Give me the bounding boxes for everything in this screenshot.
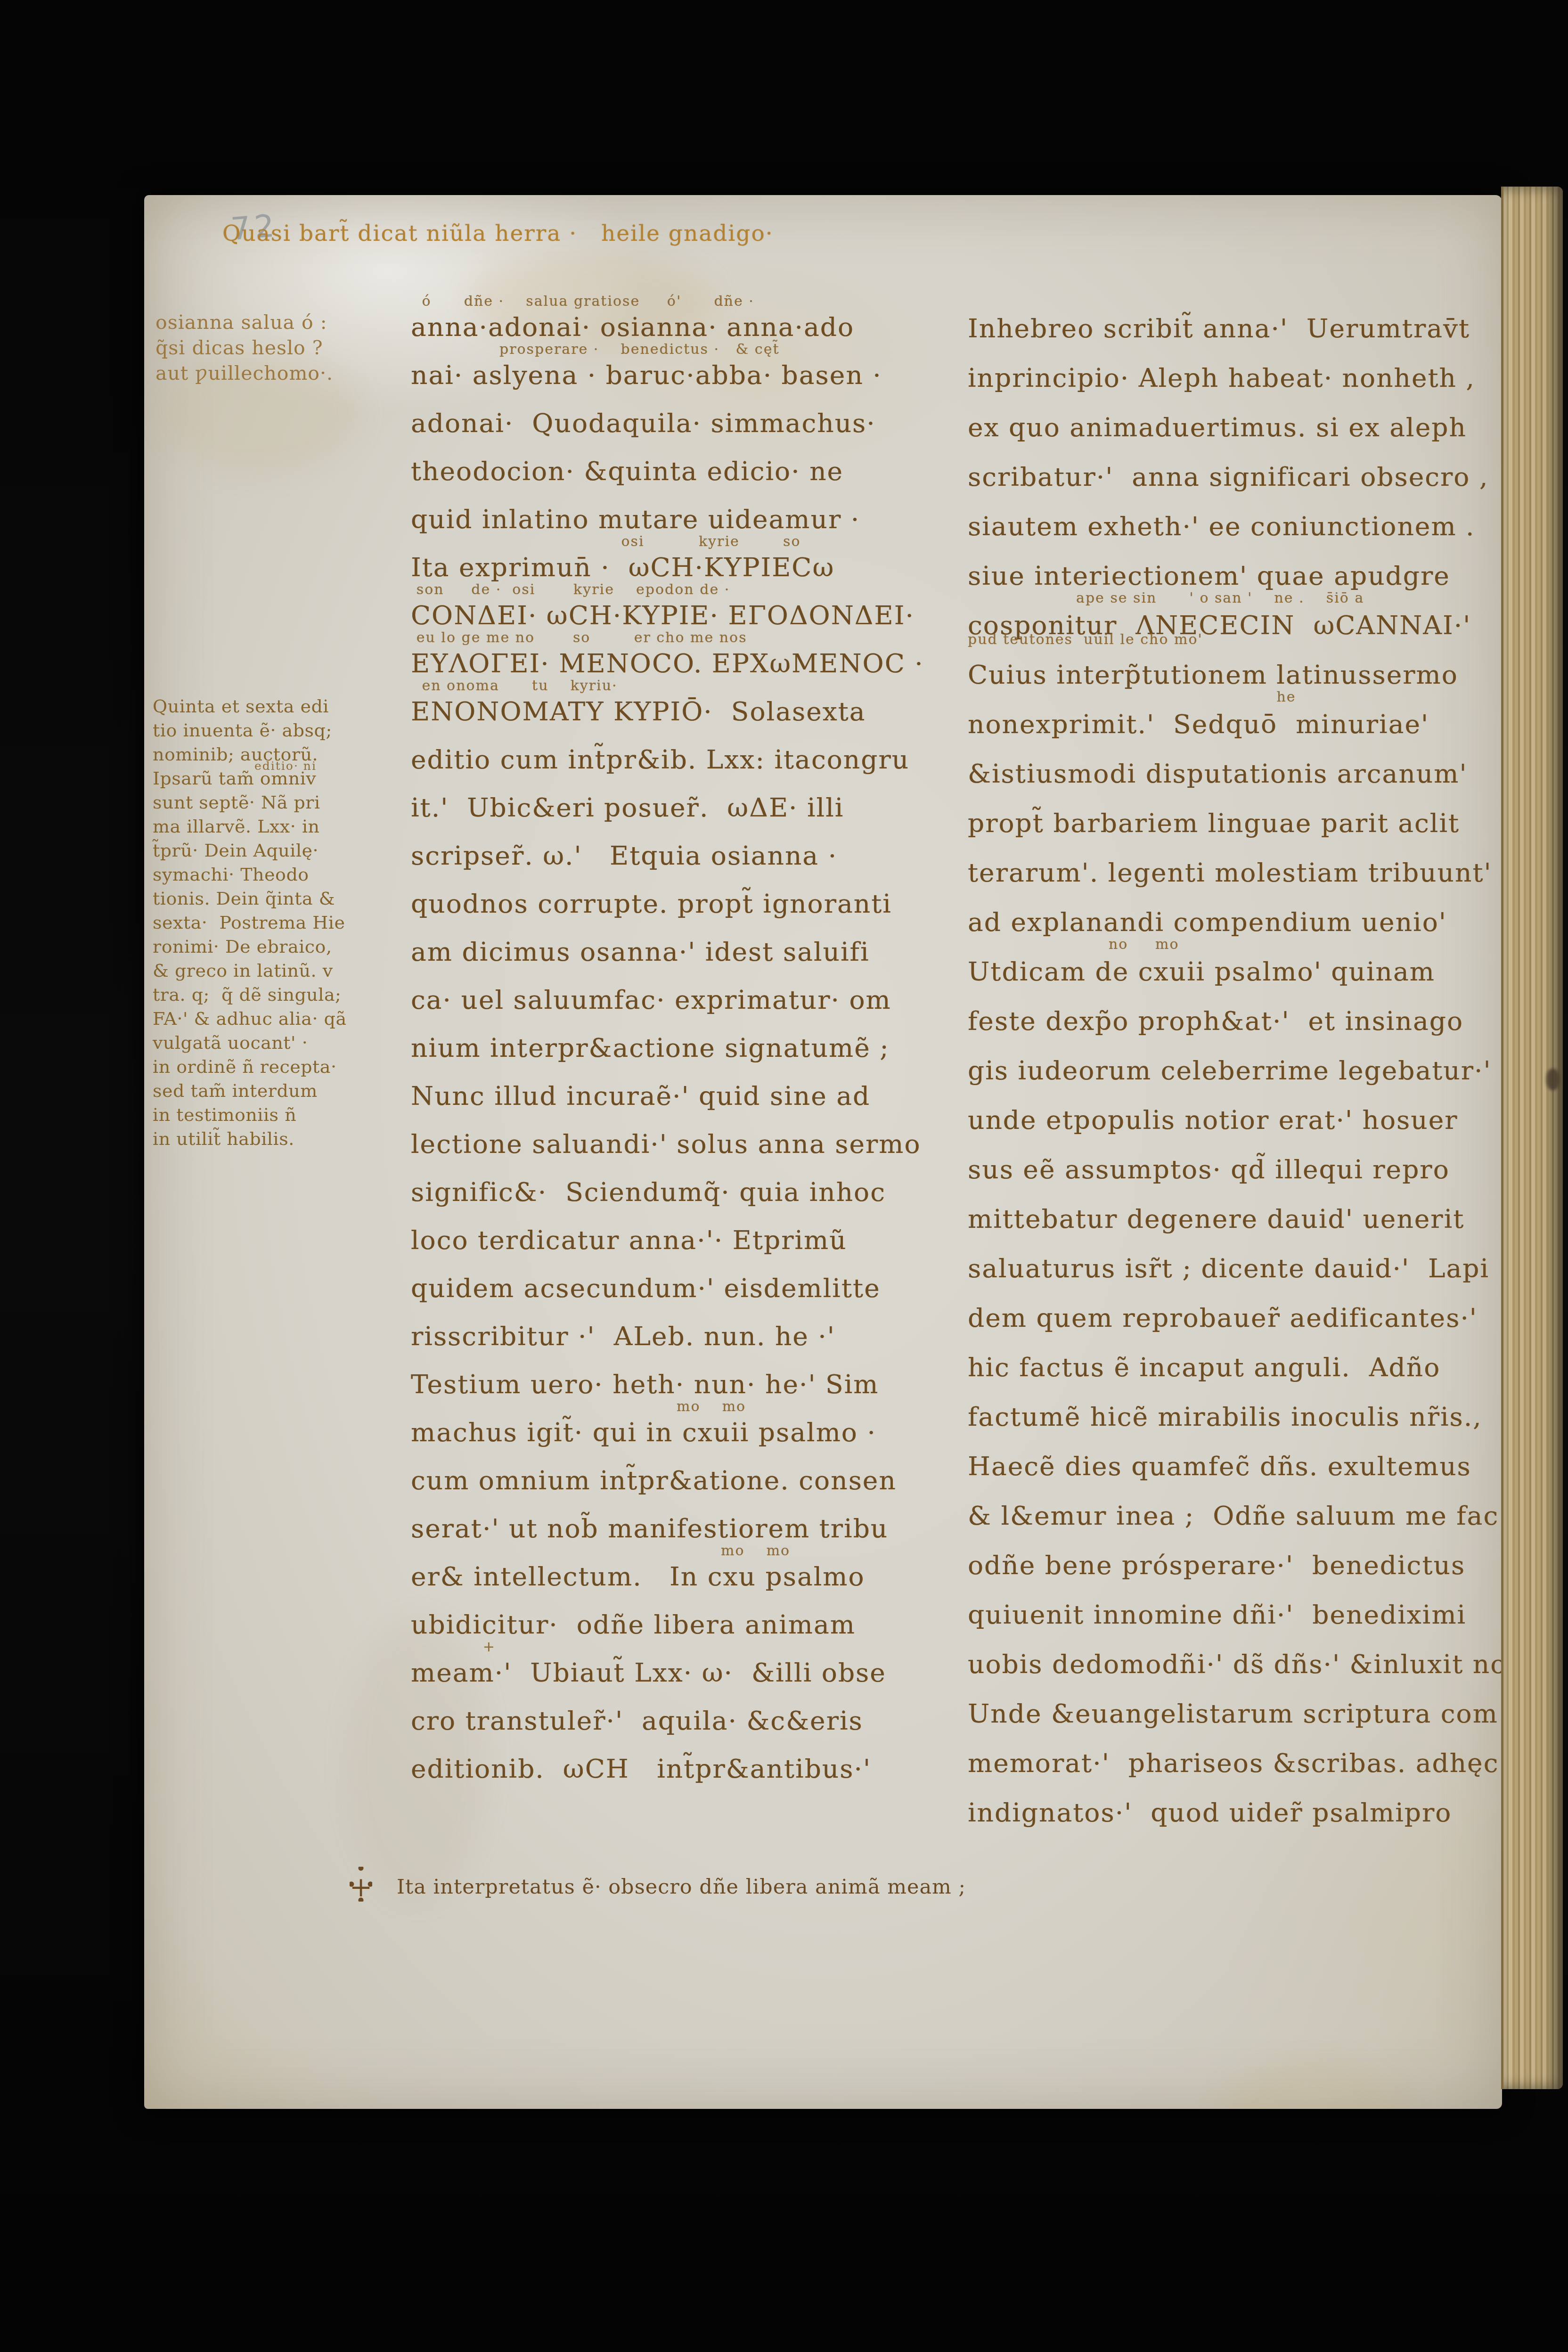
- line-text: it.' Ubic&eri posuer̃. ωΔE· illi: [411, 794, 844, 821]
- line-text: in ordinẽ ñ recepta·: [153, 1058, 337, 1076]
- line-text: aut ƿuillechomo·.: [155, 364, 333, 384]
- line-text: adonai· Quodaquila· simmachus·: [411, 410, 876, 436]
- text-line: no moUtdicam de cxuii psalmo' quinam: [968, 935, 1502, 985]
- line-text: & greco in latinũ. v: [153, 962, 333, 980]
- text-line: henonexprimit.' Sedquō minuriae': [968, 688, 1502, 737]
- main-text-column-left: ó dñe · salua gratiose ó' dñe ·anna·adon…: [411, 292, 964, 1782]
- line-text: FA·' & adhuc alia· qã: [153, 1010, 347, 1028]
- line-text: indignatos·' quod uider̃ psalmipro: [968, 1799, 1452, 1826]
- text-line: ó dñe · salua gratiose ó' dñe ·anna·adon…: [411, 292, 964, 340]
- text-line: am dicimus osanna·' idest saluifi: [411, 917, 964, 965]
- interlinear-gloss: osi kyrie so: [621, 533, 801, 550]
- line-text: Ita exprimun̄ · ωCH·KΥPIECω: [411, 554, 834, 580]
- margin-gloss-top: osianna salua ó :q̃si dicas heslo ?aut ƿ…: [155, 307, 333, 384]
- text-line: ma illarvẽ. Lxx· in: [153, 812, 407, 836]
- text-line: scripser̃. ω.' Etquia osianna ·: [411, 821, 964, 869]
- line-text: machus igit̃· qui in cxuii psalmo ·: [411, 1419, 876, 1445]
- text-line: quiuenit innomine dñi·' benediximi: [968, 1578, 1502, 1628]
- text-line: it.' Ubic&eri posuer̃. ωΔE· illi: [411, 773, 964, 821]
- line-text: Cuius interp̃tutionem latinussermo: [968, 661, 1458, 688]
- line-text: Testium uero· heth· nun· he·' Sim: [411, 1371, 879, 1397]
- text-line: ad explanandi compendium uenio': [968, 886, 1502, 935]
- text-line: osi kyrie soIta exprimun̄ · ωCH·KΥPIECω: [411, 532, 964, 580]
- text-line: lectione saluandi·' solus anna sermo: [411, 1109, 964, 1157]
- text-line: mittebatur degenere dauid' uenerit: [968, 1183, 1502, 1232]
- line-text: EΥΛOΓEI· MENOCO. EPXωMENOC ·: [411, 650, 924, 677]
- text-line: quidem acsecundum·' eisdemlitte: [411, 1253, 964, 1301]
- text-line: editio cum int̃pr&ib. Lxx: itacongru: [411, 725, 964, 773]
- text-line: mo moer& intellectum. In cxu psalmo: [411, 1542, 964, 1590]
- text-line: cum omnium int̃pr&atione. consen: [411, 1445, 964, 1494]
- text-line: factumẽ hicẽ mirabilis inoculis nr̃is.,: [968, 1380, 1502, 1430]
- parchment-stain: [1214, 2061, 1412, 2109]
- line-text: ronimi· De ebraico,: [153, 938, 332, 956]
- line-text: signific&· Sciendumq̃· quia inhoc: [411, 1179, 886, 1205]
- text-line: eu lo ge me no so er cho me nosEΥΛOΓEI· …: [411, 629, 964, 677]
- text-line: signific&· Sciendumq̃· quia inhoc: [411, 1157, 964, 1205]
- line-text: lectione saluandi·' solus anna sermo: [411, 1131, 921, 1157]
- line-text: editio cum int̃pr&ib. Lxx: itacongru: [411, 746, 909, 773]
- line-text: Haecẽ dies quamfec̃ dñs. exultemus: [968, 1453, 1471, 1479]
- text-line: Unde &euangelistarum scriptura com: [968, 1677, 1502, 1727]
- line-text: in utilit̃ habilis.: [153, 1130, 294, 1148]
- text-line: &istiusmodi disputationis arcanum': [968, 737, 1502, 787]
- line-text: factumẽ hicẽ mirabilis inoculis nr̃is.,: [968, 1404, 1482, 1430]
- line-text: tio inuenta ẽ· absq;: [153, 721, 332, 740]
- line-text: Quinta et sexta edi: [153, 697, 329, 716]
- text-line: quid inlatino mutare uideamur ·: [411, 484, 964, 532]
- line-text: & l&emur inea ; Odñe saluum me fac.': [968, 1503, 1502, 1529]
- book-fore-edge: [1501, 187, 1563, 2089]
- text-line: son de · osi kyrie epodon de ·CONΔEI· ωC…: [411, 580, 964, 629]
- line-text: q̃si dicas heslo ?: [155, 338, 323, 358]
- text-line: cro transtuler̃·' aquila· &c&eris: [411, 1686, 964, 1734]
- text-line: prosperare · benedictus · & cęt̃nai· asl…: [411, 340, 964, 388]
- text-line: indignatos·' quod uider̃ psalmipro: [968, 1776, 1502, 1826]
- text-line: in ordinẽ ñ recepta·: [153, 1052, 407, 1076]
- text-line: ape se sin ' o san ' ne . s̄iō acosponit…: [968, 589, 1502, 638]
- line-text: inprincipio· Aleph habeat· nonheth ,: [968, 365, 1475, 391]
- text-line: sexta· Postrema Hie: [153, 908, 407, 932]
- line-text: tionis. Dein q̃inta &: [153, 890, 335, 908]
- fore-edge-smudge: [1546, 1069, 1560, 1090]
- text-line: gis iudeorum celeberrime legebatur·': [968, 1034, 1502, 1084]
- text-line: vulgatã uocant' ·: [153, 1028, 407, 1052]
- text-line: & l&emur inea ; Odñe saluum me fac.': [968, 1479, 1502, 1529]
- text-line: sunt septẽ· Nã pri: [153, 788, 407, 812]
- text-line: feste dexp̃o proph&at·' et insinago: [968, 985, 1502, 1034]
- interlinear-gloss: mo mo: [677, 1398, 746, 1415]
- text-line: ronimi· De ebraico,: [153, 932, 407, 956]
- text-line: inprincipio· Aleph habeat· nonheth ,: [968, 342, 1502, 391]
- line-text: meam·' Ubiaut̃ Lxx· ω· &illi obse: [411, 1659, 886, 1686]
- line-text: sunt septẽ· Nã pri: [153, 793, 320, 812]
- text-line: sed tam̃ interdum: [153, 1076, 407, 1100]
- text-line: q̃si dicas heslo ?: [155, 333, 333, 358]
- line-text: nonexprimit.' Sedquō minuriae': [968, 711, 1429, 737]
- line-text: symachi· Theodo: [153, 866, 309, 884]
- line-text: scribatur·' anna significari obsecro ,: [968, 464, 1488, 490]
- text-line: odñe bene prósperare·' benedictus: [968, 1529, 1502, 1578]
- text-line: sus eẽ assumptos· qd̃ illequi repro: [968, 1133, 1502, 1183]
- text-line: terarum'. legenti molestiam tribuunt': [968, 836, 1502, 886]
- text-line: dem quem reprobauer̃ aedificantes·': [968, 1282, 1502, 1331]
- text-line: memorat·' phariseos &scribas. adhęc: [968, 1727, 1502, 1776]
- line-text: cum omnium int̃pr&atione. consen: [411, 1467, 897, 1494]
- interlinear-gloss: prosperare · benedictus · & cęt̃: [499, 341, 779, 358]
- line-text: nium interpr&actione signatumẽ ;: [411, 1035, 890, 1061]
- footnote-reference-mark-icon: +: [346, 1873, 376, 1901]
- text-line: editionib. ωCH int̃pr&antibus·': [411, 1734, 964, 1782]
- interlinear-gloss: editio· ni: [254, 759, 317, 773]
- interlinear-gloss-below: pud teutones uuil le cho mo': [968, 631, 1203, 648]
- line-text: editionib. ωCH int̃pr&antibus·': [411, 1756, 871, 1782]
- line-text: ENONOMATΥ KΥPIŌ· Solasexta: [411, 698, 866, 725]
- interlinear-gloss: eu lo ge me no so er cho me nos: [416, 629, 747, 646]
- text-line: loco terdicatur anna·'· Etprimũ: [411, 1205, 964, 1253]
- margin-gloss-left: Quinta et sexta editio inuenta ẽ· absq;n…: [153, 692, 407, 1148]
- text-line: & greco in latinũ. v: [153, 956, 407, 980]
- line-text: loco terdicatur anna·'· Etprimũ: [411, 1227, 847, 1253]
- line-text: t̃prũ· Dein Aquilę·: [153, 841, 318, 860]
- text-line: risscribitur ·' ALeb. nun. he ·': [411, 1301, 964, 1349]
- line-text: hic factus ẽ incaput anguli. Adño: [968, 1354, 1440, 1380]
- line-text: anna·adonai· osianna· anna·ado: [411, 314, 854, 340]
- text-line: theodocion· &quinta edicio· ne: [411, 436, 964, 484]
- line-text: quid inlatino mutare uideamur ·: [411, 506, 860, 532]
- interlinear-gloss: ó dñe · salua gratiose ó' dñe ·: [422, 293, 754, 310]
- footnote: + Ita interpretatus ẽ· obsecro dñe liber…: [346, 1873, 966, 1901]
- text-line: FA·' & adhuc alia· qã: [153, 1004, 407, 1028]
- text-line: mo momachus igit̃· qui in cxuii psalmo ·: [411, 1397, 964, 1445]
- line-text: in testimoniis ñ: [153, 1106, 296, 1124]
- line-text: ad explanandi compendium uenio': [968, 909, 1447, 935]
- interlinear-gloss: no mo: [1109, 936, 1179, 953]
- line-text: ex quo animaduertimus. si ex aleph: [968, 414, 1467, 441]
- text-line: Haecẽ dies quamfec̃ dñs. exultemus: [968, 1430, 1502, 1479]
- line-text: tra. q; q̃ dẽ singula;: [153, 986, 341, 1004]
- line-text: quidem acsecundum·' eisdemlitte: [411, 1275, 881, 1301]
- main-text-column-right: Inhebreo scribit̃ anna·' Uerumtrav̄tinpr…: [968, 292, 1502, 1826]
- line-text: quodnos corrupte. propt̃ ignoranti: [411, 890, 892, 917]
- line-text: nai· aslyena · baruc·abba· basen ·: [411, 362, 882, 388]
- text-line: in testimoniis ñ: [153, 1100, 407, 1124]
- line-text: siue interiectionem' quae apudgre: [968, 563, 1450, 589]
- line-text: osianna salua ó :: [155, 313, 327, 333]
- text-line: adonai· Quodaquila· simmachus·: [411, 388, 964, 436]
- line-text: uobis dedomodñi·' ds̃ dñs·' &inluxit nob…: [968, 1651, 1502, 1677]
- line-text: sexta· Postrema Hie: [153, 914, 345, 932]
- text-line: ubidicitur· odñe libera animam: [411, 1590, 964, 1638]
- line-text: mittebatur degenere dauid' uenerit: [968, 1206, 1464, 1232]
- line-text: Unde &euangelistarum scriptura com: [968, 1700, 1498, 1727]
- line-text: feste dexp̃o proph&at·' et insinago: [968, 1008, 1463, 1034]
- text-line: uobis dedomodñi·' ds̃ dñs·' &inluxit nob…: [968, 1628, 1502, 1677]
- text-line: symachi· Theodo: [153, 860, 407, 884]
- text-line: saluaturus isr̃t ; dicente dauid·' Lapi: [968, 1232, 1502, 1282]
- line-text: propt̃ barbariem linguae parit aclit: [968, 810, 1460, 836]
- line-text: ca· uel saluumfac· exprimatur· om: [411, 987, 891, 1013]
- line-text: Nunc illud incuraẽ·' quid sine ad: [411, 1083, 870, 1109]
- text-line: osianna salua ó :: [155, 307, 333, 333]
- text-line: propt̃ barbariem linguae parit aclit: [968, 787, 1502, 836]
- line-text: Inhebreo scribit̃ anna·' Uerumtrav̄t: [968, 315, 1470, 342]
- text-line: scribatur·' anna significari obsecro ,: [968, 441, 1502, 490]
- line-text: ubidicitur· odñe libera animam: [411, 1611, 856, 1638]
- interlinear-gloss: mo mo: [721, 1543, 790, 1559]
- header-rubric: Quasi bart̃ dicat niũla herra · heile gn…: [222, 220, 774, 246]
- text-line: tionis. Dein q̃inta &: [153, 884, 407, 908]
- manuscript-photo: 72 Quasi bart̃ dicat niũla herra · heile…: [0, 0, 1568, 2352]
- text-line: tra. q; q̃ dẽ singula;: [153, 980, 407, 1004]
- line-text: sed tam̃ interdum: [153, 1082, 318, 1100]
- line-text: &istiusmodi disputationis arcanum': [968, 760, 1468, 787]
- text-line: ex quo animaduertimus. si ex aleph: [968, 391, 1502, 441]
- interlinear-gloss: en onoma tu kyriu·: [422, 678, 618, 694]
- line-text: cro transtuler̃·' aquila· &c&eris: [411, 1707, 863, 1734]
- text-line: en onoma tu kyriu·ENONOMATΥ KΥPIŌ· Solas…: [411, 677, 964, 725]
- text-line: +meam·' Ubiaut̃ Lxx· ω· &illi obse: [411, 1638, 964, 1686]
- interlinear-gloss: ape se sin ' o san ' ne . s̄iō a: [1076, 590, 1364, 606]
- line-text: memorat·' phariseos &scribas. adhęc: [968, 1750, 1499, 1776]
- line-text: risscribitur ·' ALeb. nun. he ·': [411, 1323, 835, 1349]
- line-text: er& intellectum. In cxu psalmo: [411, 1563, 865, 1590]
- line-text: theodocion· &quinta edicio· ne: [411, 458, 843, 484]
- text-line: Testium uero· heth· nun· he·' Sim: [411, 1349, 964, 1397]
- parchment-page: 72 Quasi bart̃ dicat niũla herra · heile…: [144, 195, 1502, 2109]
- line-text: gis iudeorum celeberrime legebatur·': [968, 1057, 1492, 1084]
- text-line: serat·' ut nob̃ manifestiorem tribu: [411, 1494, 964, 1542]
- line-text: serat·' ut nob̃ manifestiorem tribu: [411, 1515, 888, 1542]
- text-line: tio inuenta ẽ· absq;: [153, 716, 407, 740]
- interlinear-gloss: he: [1277, 689, 1296, 705]
- text-line: quodnos corrupte. propt̃ ignoranti: [411, 869, 964, 917]
- line-text: ma illarvẽ. Lxx· in: [153, 817, 320, 836]
- text-line: Nunc illud incuraẽ·' quid sine ad: [411, 1061, 964, 1109]
- line-text: saluaturus isr̃t ; dicente dauid·' Lapi: [968, 1255, 1489, 1282]
- line-text: unde etpopulis notior erat·' hosuer: [968, 1107, 1458, 1133]
- line-text: am dicimus osanna·' idest saluifi: [411, 939, 869, 965]
- line-text: quiuenit innomine dñi·' benediximi: [968, 1601, 1466, 1628]
- text-line: hic factus ẽ incaput anguli. Adño: [968, 1331, 1502, 1380]
- text-line: Quinta et sexta edi: [153, 692, 407, 716]
- line-text: scripser̃. ω.' Etquia osianna ·: [411, 842, 837, 869]
- text-line: editio· niIpsarũ tam̃ omniv: [153, 764, 407, 788]
- text-line: in utilit̃ habilis.: [153, 1124, 407, 1148]
- text-line: aut ƿuillechomo·.: [155, 358, 333, 384]
- line-text: sus eẽ assumptos· qd̃ illequi repro: [968, 1156, 1450, 1183]
- line-text: siautem exheth·' ee coniunctionem .: [968, 513, 1475, 539]
- line-text: terarum'. legenti molestiam tribuunt': [968, 859, 1492, 886]
- line-text: dem quem reprobauer̃ aedificantes·': [968, 1305, 1478, 1331]
- text-line: Inhebreo scribit̃ anna·' Uerumtrav̄t: [968, 292, 1502, 342]
- interlinear-gloss: son de · osi kyrie epodon de ·: [416, 581, 730, 598]
- text-line: ca· uel saluumfac· exprimatur· om: [411, 965, 964, 1013]
- line-text: CONΔEI· ωCH·KΥPIE· EΓOΔONΔEI·: [411, 602, 915, 629]
- text-line: siue interiectionem' quae apudgre: [968, 539, 1502, 589]
- line-text: odñe bene prósperare·' benedictus: [968, 1552, 1465, 1578]
- text-line: t̃prũ· Dein Aquilę·: [153, 836, 407, 860]
- line-text: vulgatã uocant' ·: [153, 1034, 308, 1052]
- text-line: siautem exheth·' ee coniunctionem .: [968, 490, 1502, 539]
- text-line: nium interpr&actione signatumẽ ;: [411, 1013, 964, 1061]
- line-text: Utdicam de cxuii psalmo' quinam: [968, 958, 1435, 985]
- footnote-text: Ita interpretatus ẽ· obsecro dñe libera …: [397, 1875, 966, 1899]
- text-line: unde etpopulis notior erat·' hosuer: [968, 1084, 1502, 1133]
- interlinear-gloss: +: [483, 1639, 496, 1655]
